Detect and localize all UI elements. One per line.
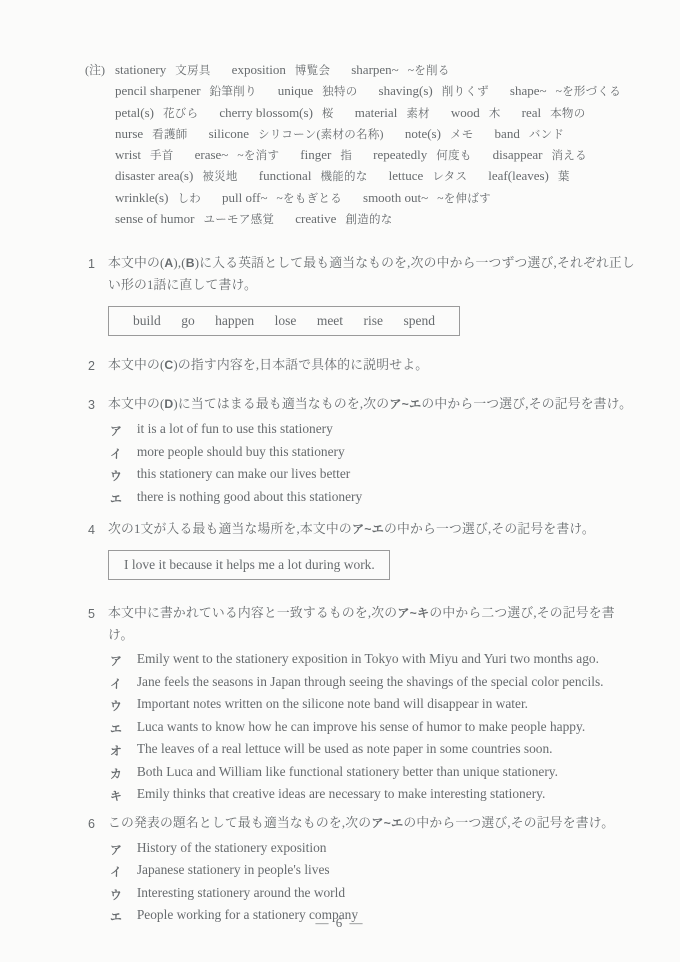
vocab-pair: disaster area(s) 被災地: [115, 166, 238, 187]
vocab-english: material: [355, 103, 398, 123]
vocab-pair: wood 木: [451, 103, 501, 124]
option-item: ウ Important notes written on the silicon…: [110, 694, 638, 717]
question-prompt: この発表の題名として最も適当なものを,次のア~エの中から一つ選び,その記号を書け…: [108, 812, 614, 835]
vocab-pair: creative 創造的な: [295, 209, 392, 230]
option-item: ウ this stationery can make our lives bet…: [110, 464, 638, 487]
vocab-english: wrinkle(s): [115, 188, 168, 208]
word-choice: rise: [364, 313, 384, 329]
vocab-pair: note(s) メモ: [405, 124, 474, 145]
vocab-english: functional: [259, 166, 312, 186]
option-text: Japanese stationery in people's lives: [137, 860, 330, 883]
vocab-japanese: 削りくず: [442, 82, 489, 102]
vocab-japanese: ~をもぎとる: [276, 189, 342, 209]
vocab-english: shape~: [510, 81, 547, 101]
word-choice: lose: [275, 313, 297, 329]
vocab-pair: sense of humor ユーモア感覚: [115, 209, 274, 230]
option-text: The leaves of a real lettuce will be use…: [137, 739, 553, 762]
vocabulary-notes-section: (注) stationery 文房具 exposition 博覧会: [85, 60, 640, 230]
word-choice: go: [181, 313, 195, 329]
note-line: pencil sharpener 鉛筆削り unique 独特の shaving…: [115, 81, 640, 102]
vocab-japanese: 木: [489, 104, 501, 124]
vocab-english: smooth out~: [363, 188, 428, 208]
vocab-pair: pencil sharpener 鉛筆削り: [115, 81, 257, 102]
vocab-english: stationery: [115, 60, 166, 80]
vocab-pair: finger 指: [300, 145, 352, 166]
vocab-english: silicone: [209, 124, 249, 144]
note-line: nurse 看護師 silicone シリコーン(素材の名称) note(s) …: [115, 124, 640, 145]
question-1-head: 1 本文中の(A),(B)に入る英語として最も適当なものを,次の中から一つずつ選…: [88, 252, 638, 296]
vocab-japanese: 葉: [558, 167, 570, 187]
vocab-japanese: ~を消す: [237, 146, 279, 166]
exam-page: (注) stationery 文房具 exposition 博覧会: [0, 0, 680, 962]
word-choice: spend: [403, 313, 435, 329]
option-text: this stationery can make our lives bette…: [137, 464, 350, 487]
option-item: エ Luca wants to know how he can improve …: [110, 717, 638, 740]
question-number: 1: [88, 252, 95, 296]
vocab-pair: wrinkle(s) しわ: [115, 188, 201, 209]
vocab-english: wrist: [115, 145, 141, 165]
vocab-japanese: 指: [340, 146, 352, 166]
vocab-japanese: バンド: [529, 125, 564, 145]
option-marker: エ: [110, 717, 122, 740]
question-4: 4 次の1文が入る最も適当な場所を,本文中のア~エの中から一つ選び,その記号を書…: [88, 518, 638, 580]
vocab-pair: band バンド: [495, 124, 565, 145]
vocab-pair: sharpen~ ~を削る: [351, 60, 449, 81]
option-text: Interesting stationery around the world: [137, 883, 345, 906]
vocab-pair: leaf(leaves) 葉: [488, 166, 569, 187]
vocab-pair: unique 独特の: [278, 81, 358, 102]
question-number: 2: [88, 354, 95, 377]
word-choice: build: [133, 313, 161, 329]
question-6-options: ア History of the stationery exposition イ…: [88, 838, 638, 928]
vocab-english: sense of humor: [115, 209, 194, 229]
option-item: イ more people should buy this stationery: [110, 442, 638, 465]
vocab-japanese: 消える: [551, 146, 586, 166]
question-2: 2 本文中の(C)の指す内容を,日本語で具体的に説明せよ。: [88, 354, 638, 377]
note-line: disaster area(s) 被災地 functional 機能的な let…: [115, 166, 640, 187]
vocab-japanese: 本物の: [550, 104, 585, 124]
vocab-english: exposition: [232, 60, 286, 80]
vocab-japanese: 創造的な: [345, 210, 392, 230]
vocab-pair: functional 機能的な: [259, 166, 368, 187]
vocab-japanese: 手首: [150, 146, 174, 166]
vocab-pair: exposition 博覧会: [232, 60, 331, 81]
option-item: キ Emily thinks that creative ideas are n…: [110, 784, 638, 807]
vocab-pair: shape~ ~を形づくる: [510, 81, 621, 102]
question-5: 5 本文中に書かれている内容と一致するものを,次のア~キの中から二つ選び,その記…: [88, 602, 638, 807]
vocab-pair: silicone シリコーン(素材の名称): [209, 124, 384, 145]
question-6: 6 この発表の題名として最も適当なものを,次のア~エの中から一つ選び,その記号を…: [88, 812, 638, 928]
option-text: more people should buy this stationery: [137, 442, 345, 465]
note-line: wrinkle(s) しわ pull off~ ~をもぎとる smooth ou…: [115, 188, 640, 209]
vocab-japanese: シリコーン(素材の名称): [258, 125, 384, 145]
option-item: イ Jane feels the seasons in Japan throug…: [110, 672, 638, 695]
vocab-japanese: 博覧会: [295, 61, 330, 81]
note-line: petal(s) 花びら cherry blossom(s) 桜 materia…: [115, 103, 640, 124]
option-text: Luca wants to know how he can improve hi…: [137, 717, 585, 740]
word-choice: happen: [215, 313, 254, 329]
option-marker: カ: [110, 762, 122, 785]
question-number: 4: [88, 518, 95, 541]
vocab-pair: cherry blossom(s) 桜: [219, 103, 333, 124]
question-number: 3: [88, 393, 95, 416]
question-prompt: 本文中に書かれている内容と一致するものを,次のア~キの中から二つ選び,その記号を…: [108, 602, 638, 646]
vocab-pair: wrist 手首: [115, 145, 174, 166]
option-marker: ウ: [110, 464, 122, 487]
vocab-english: creative: [295, 209, 336, 229]
option-text: Jane feels the seasons in Japan through …: [137, 672, 604, 695]
question-prompt: 本文中の(A),(B)に入る英語として最も適当なものを,次の中から一つずつ選び,…: [108, 252, 638, 296]
option-item: ア it is a lot of fun to use this station…: [110, 419, 638, 442]
vocab-japanese: レタス: [432, 167, 467, 187]
option-marker: オ: [110, 739, 122, 762]
vocab-japanese: 桜: [322, 104, 334, 124]
option-item: オ The leaves of a real lettuce will be u…: [110, 739, 638, 762]
word-choice: meet: [317, 313, 343, 329]
vocab-pair: disappear 消える: [493, 145, 587, 166]
vocab-japanese: 看護師: [152, 125, 187, 145]
question-1: 1 本文中の(A),(B)に入る英語として最も適当なものを,次の中から一つずつ選…: [88, 252, 638, 336]
vocab-english: erase~: [195, 145, 229, 165]
option-text: there is nothing good about this station…: [137, 487, 362, 510]
vocab-english: wood: [451, 103, 480, 123]
vocab-japanese: メモ: [450, 125, 474, 145]
option-item: イ Japanese stationery in people's lives: [110, 860, 638, 883]
option-marker: イ: [110, 672, 122, 695]
question-5-head: 5 本文中に書かれている内容と一致するものを,次のア~キの中から二つ選び,その記…: [88, 602, 638, 646]
vocab-english: repeatedly: [373, 145, 427, 165]
question-prompt: 本文中の(D)に当てはまる最も適当なものを,次のア~エの中から一つ選び,その記号…: [108, 393, 632, 416]
question-prompt: 本文中の(C)の指す内容を,日本語で具体的に説明せよ。: [108, 354, 428, 377]
option-marker: ウ: [110, 883, 122, 906]
vocab-japanese: 素材: [406, 104, 430, 124]
notes-lines: stationery 文房具 exposition 博覧会 sharpen~ ~…: [115, 60, 640, 230]
vocab-english: unique: [278, 81, 313, 101]
option-item: ウ Interesting stationery around the worl…: [110, 883, 638, 906]
insert-sentence-box: I love it because it helps me a lot duri…: [108, 550, 390, 580]
question-6-head: 6 この発表の題名として最も適当なものを,次のア~エの中から一つ選び,その記号を…: [88, 812, 638, 835]
vocab-japanese: ~を形づくる: [556, 82, 622, 102]
vocab-pair: material 素材: [355, 103, 430, 124]
vocab-japanese: しわ: [177, 189, 201, 209]
vocab-english: cherry blossom(s): [219, 103, 313, 123]
question-3-head: 3 本文中の(D)に当てはまる最も適当なものを,次のア~エの中から一つ選び,その…: [88, 393, 638, 416]
vocab-pair: stationery 文房具: [115, 60, 211, 81]
vocab-english: disaster area(s): [115, 166, 193, 186]
question-number: 6: [88, 812, 95, 835]
vocab-japanese: 何度も: [436, 146, 471, 166]
vocab-english: nurse: [115, 124, 143, 144]
page-number: — 6 —: [0, 915, 680, 931]
option-item: ア History of the stationery exposition: [110, 838, 638, 861]
vocab-japanese: ~を削る: [408, 61, 450, 81]
insert-sentence-text: I love it because it helps me a lot duri…: [124, 557, 375, 573]
option-marker: ア: [110, 419, 122, 442]
question-2-head: 2 本文中の(C)の指す内容を,日本語で具体的に説明せよ。: [88, 354, 638, 377]
vocab-japanese: 独特の: [322, 82, 357, 102]
vocab-english: leaf(leaves): [488, 166, 549, 186]
note-line: sense of humor ユーモア感覚 creative 創造的な: [115, 209, 640, 230]
vocab-english: finger: [300, 145, 331, 165]
option-marker: ア: [110, 838, 122, 861]
vocab-pair: petal(s) 花びら: [115, 103, 198, 124]
note-line: stationery 文房具 exposition 博覧会 sharpen~ ~…: [115, 60, 640, 81]
vocab-pair: nurse 看護師: [115, 124, 188, 145]
vocab-english: lettuce: [389, 166, 424, 186]
vocab-japanese: 鉛筆削り: [210, 82, 257, 102]
question-prompt: 次の1文が入る最も適当な場所を,本文中のア~エの中から一つ選び,その記号を書け。: [108, 518, 595, 541]
question-number: 5: [88, 602, 95, 646]
vocab-english: petal(s): [115, 103, 154, 123]
vocab-pair: real 本物の: [522, 103, 586, 124]
vocab-english: band: [495, 124, 520, 144]
vocab-pair: lettuce レタス: [389, 166, 468, 187]
option-text: History of the stationery exposition: [137, 838, 327, 861]
vocab-japanese: ~を伸ばす: [437, 189, 491, 209]
option-text: Both Luca and William like functional st…: [137, 762, 558, 785]
vocab-pair: pull off~ ~をもぎとる: [222, 188, 342, 209]
vocab-english: sharpen~: [351, 60, 398, 80]
option-marker: キ: [110, 784, 122, 807]
option-text: Important notes written on the silicone …: [137, 694, 528, 717]
option-text: Emily went to the stationery exposition …: [137, 649, 599, 672]
vocab-japanese: 花びら: [163, 104, 198, 124]
option-marker: エ: [110, 487, 122, 510]
option-marker: イ: [110, 860, 122, 883]
option-item: ア Emily went to the stationery expositio…: [110, 649, 638, 672]
option-marker: ア: [110, 649, 122, 672]
option-item: カ Both Luca and William like functional …: [110, 762, 638, 785]
question-3: 3 本文中の(D)に当てはまる最も適当なものを,次のア~エの中から一つ選び,その…: [88, 393, 638, 509]
question-4-head: 4 次の1文が入る最も適当な場所を,本文中のア~エの中から一つ選び,その記号を書…: [88, 518, 638, 541]
questions-area: 1 本文中の(A),(B)に入る英語として最も適当なものを,次の中から一つずつ選…: [88, 252, 638, 928]
vocab-english: note(s): [405, 124, 441, 144]
vocab-english: disappear: [493, 145, 543, 165]
note-line: wrist 手首 erase~ ~を消す finger 指: [115, 145, 640, 166]
question-3-options: ア it is a lot of fun to use this station…: [88, 419, 638, 509]
vocab-english: pull off~: [222, 188, 267, 208]
vocab-pair: erase~ ~を消す: [195, 145, 280, 166]
option-text: Emily thinks that creative ideas are nec…: [137, 784, 546, 807]
vocab-english: shaving(s): [379, 81, 433, 101]
option-item: エ there is nothing good about this stati…: [110, 487, 638, 510]
notes-label: (注): [85, 60, 115, 230]
vocab-pair: shaving(s) 削りくず: [379, 81, 489, 102]
vocab-english: real: [522, 103, 541, 123]
option-marker: イ: [110, 442, 122, 465]
vocab-pair: repeatedly 何度も: [373, 145, 472, 166]
word-choice-box: build go happen lose meet rise spend: [108, 306, 460, 336]
option-marker: ウ: [110, 694, 122, 717]
vocab-japanese: 機能的な: [320, 167, 367, 187]
vocab-japanese: ユーモア感覚: [203, 210, 274, 230]
vocab-japanese: 文房具: [175, 61, 210, 81]
vocab-japanese: 被災地: [202, 167, 237, 187]
option-text: it is a lot of fun to use this stationer…: [137, 419, 333, 442]
question-5-options: ア Emily went to the stationery expositio…: [88, 649, 638, 807]
vocab-pair: smooth out~ ~を伸ばす: [363, 188, 491, 209]
vocab-english: pencil sharpener: [115, 81, 201, 101]
